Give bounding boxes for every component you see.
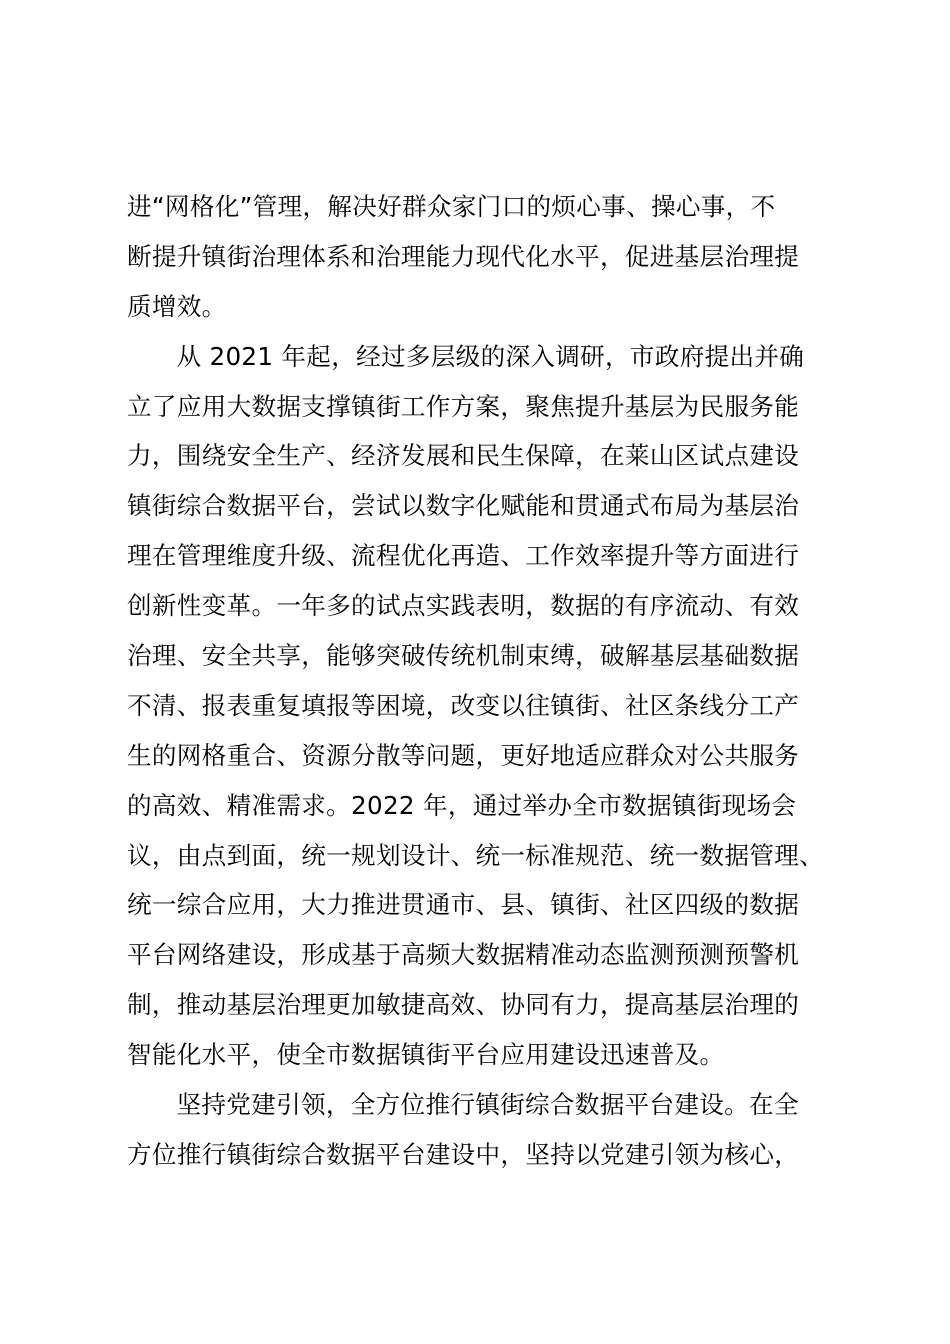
document-page: 进“网格化”管理，解决好群众家门口的烦心事、操心事，不 断提升镇街治理体系和治理… — [0, 0, 950, 1344]
text-line: 坚持党建引领，全方位推行镇街综合数据平台建设。在全 — [127, 1080, 832, 1130]
text-line: 立了应用大数据支撑镇街工作方案，聚焦提升基层为民服务能 — [127, 382, 832, 432]
text-line: 治理、安全共享，能够突破传统机制束缚，破解基层基础数据 — [127, 631, 832, 681]
text-line: 进“网格化”管理，解决好群众家门口的烦心事、操心事，不 — [127, 182, 832, 232]
text-line: 不清、报表重复填报等困境，改变以往镇街、社区条线分工产 — [127, 681, 832, 731]
paragraph-3: 坚持党建引领，全方位推行镇街综合数据平台建设。在全 方位推行镇街综合数据平台建设… — [127, 1080, 832, 1180]
text-line: 平台网络建设，形成基于高频大数据精准动态监测预测预警机 — [127, 930, 832, 980]
body-text: 进“网格化”管理，解决好群众家门口的烦心事、操心事，不 断提升镇街治理体系和治理… — [127, 182, 832, 1180]
text-line: 方位推行镇街综合数据平台建设中，坚持以党建引领为核心， — [127, 1130, 832, 1180]
paragraph-2: 从 2021 年起，经过多层级的深入调研，市政府提出并确 立了应用大数据支撑镇街… — [127, 332, 832, 1080]
text-line: 质增效。 — [127, 282, 832, 332]
text-line: 智能化水平，使全市数据镇街平台应用建设迅速普及。 — [127, 1030, 832, 1080]
text-line: 统一综合应用，大力推进贯通市、县、镇街、社区四级的数据 — [127, 880, 832, 930]
text-line: 镇街综合数据平台，尝试以数字化赋能和贯通式布局为基层治 — [127, 481, 832, 531]
text-line: 从 2021 年起，经过多层级的深入调研，市政府提出并确 — [127, 332, 832, 382]
text-line: 力，围绕安全生产、经济发展和民生保障，在莱山区试点建设 — [127, 431, 832, 481]
text-line: 的高效、精准需求。2022 年，通过举办全市数据镇街现场会 — [127, 781, 832, 831]
text-line: 断提升镇街治理体系和治理能力现代化水平，促进基层治理提 — [127, 232, 832, 282]
text-line: 制，推动基层治理更加敏捷高效、协同有力，提高基层治理的 — [127, 980, 832, 1030]
text-line: 议，由点到面，统一规划设计、统一标准规范、统一数据管理、 — [127, 831, 832, 881]
text-line: 生的网格重合、资源分散等问题，更好地适应群众对公共服务 — [127, 731, 832, 781]
text-line: 创新性变革。一年多的试点实践表明，数据的有序流动、有效 — [127, 581, 832, 631]
text-line: 理在管理维度升级、流程优化再造、工作效率提升等方面进行 — [127, 531, 832, 581]
paragraph-1: 进“网格化”管理，解决好群众家门口的烦心事、操心事，不 断提升镇街治理体系和治理… — [127, 182, 832, 332]
